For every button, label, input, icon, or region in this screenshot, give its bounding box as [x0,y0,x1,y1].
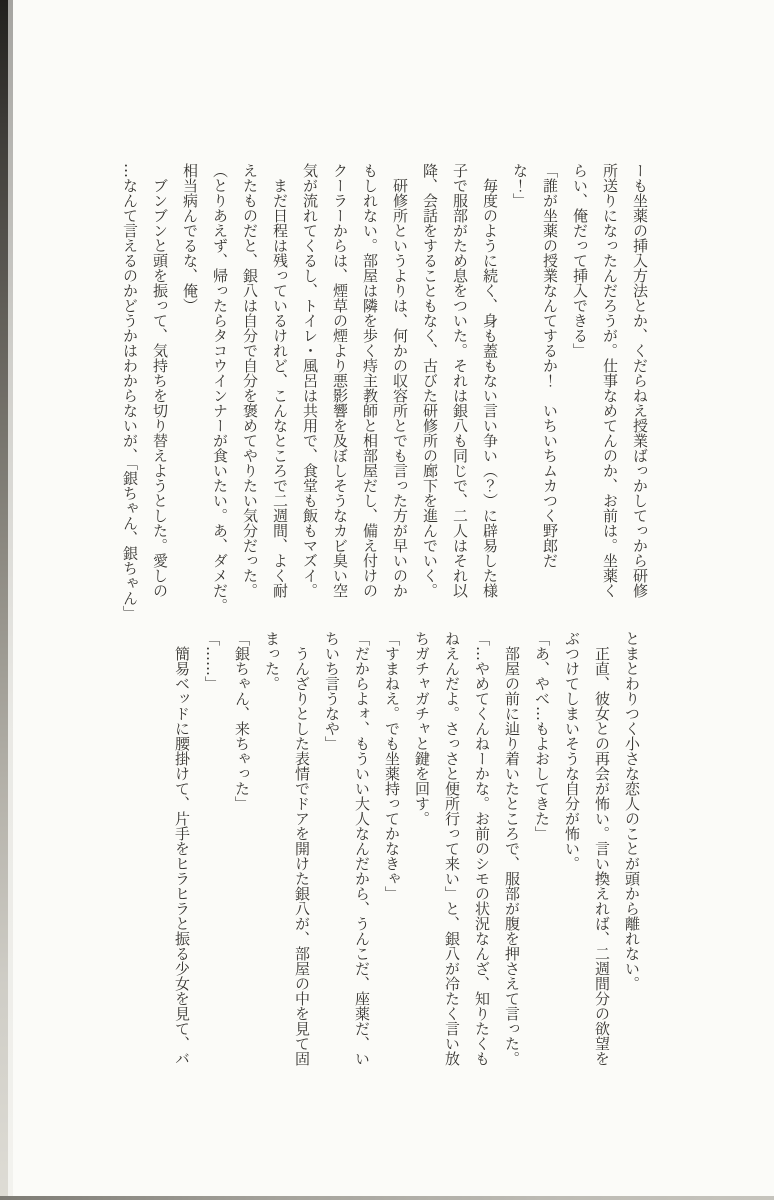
text-column: ねえんだよ。さっさと便所行って来い」と、銀八が冷たく言い放 [437,631,467,1083]
text-column: な！」 [505,163,535,615]
text-column: ぶつけてしまいそうな自分が怖い。 [557,631,587,1083]
text-column: 研修所というよりは、何かの収容所とでも言った方が早いのか [385,163,415,615]
text-column: 気が流れてくるし、トイレ・風呂は共用で、食堂も飯もマズイ。 [295,163,325,615]
text-column: ブンブンと頭を振って、気持ちを切り替えようとした。愛しの [145,163,175,615]
text-column: 降、会話をすることもなく、古びた研修所の廊下を進んでいく。 [415,163,445,615]
text-column: 正直、彼女との再会が怖い。言い換えれば、二週間分の欲望を [587,631,617,1083]
text-column: うんざりとした表情でドアを開けた銀八が、部屋の中を見て固 [287,631,317,1083]
text-column: 「誰が坐薬の授業なんてするか！ いちいちムカつく野郎だ [535,163,565,615]
scan-left-edge-shadow [0,0,8,1200]
text-column: 「すまねえ。でも坐薬持ってかなきゃ」 [377,631,407,1083]
text-column: 簡易ベッドに腰掛けて、片手をヒラヒラと振る少女を見て、バ [167,631,197,1083]
lower-text-band: とまとわりつく小さな恋人のことが頭から離れない。 正直、彼女との再会が怖い。言い… [167,631,647,1083]
text-column: まった。 [257,631,287,1083]
text-column: …なんて言えるのかどうかはわからないが、「銀ちゃん、銀ちゃん」 [115,163,145,615]
text-column: 「だからよォ、もういい大人なんだから、うんこだ、座薬だ、い [347,631,377,1083]
text-column: クーラーからは、煙草の煙より悪影響を及ぼしそうなカビ臭い空 [325,163,355,615]
text-column: 「…やめてくんねーかな。お前のシモの状況なんざ、知りたくも [467,631,497,1083]
text-column: 「銀ちゃん、来ちゃった」 [227,631,257,1083]
text-column: 子で服部がため息をついた。それは銀八も同じで、二人はそれ以 [445,163,475,615]
text-column: ーも坐薬の挿入方法とか、くだらねえ授業ばっかしてっから研修 [625,163,655,615]
upper-text-band: ーも坐薬の挿入方法とか、くだらねえ授業ばっかしてっから研修 所送りになったんだろ… [115,163,655,615]
text-column: （とりあえず、帰ったらタコウインナーが食いたい。あ、ダメだ。 [205,163,235,615]
text-column: もしれない。部屋は隣を歩く痔主教師と相部屋だし、備え付けの [355,163,385,615]
scan-left-edge-fade [8,0,13,1200]
text-column: 「……」 [197,631,227,1083]
scan-bottom-edge-shadow [0,1196,774,1200]
text-column: 相当病んでるな、俺） [175,163,205,615]
text-column: えたものだと、銀八は自分で自分を褒めてやりたい気分だった。 [235,163,265,615]
text-column: らい、俺だって挿入できる」 [565,163,595,615]
text-column: ちガチャガチャと鍵を回す。 [407,631,437,1083]
text-column: ちいち言うなや」 [317,631,347,1083]
text-column: 所送りになったんだろうが。仕事なめてんのか、お前は。坐薬く [595,163,625,615]
novel-page: ーも坐薬の挿入方法とか、くだらねえ授業ばっかしてっから研修 所送りになったんだろ… [0,0,774,1200]
text-column: まだ日程は残っているけれど、こんなところで二週間、よく耐 [265,163,295,615]
text-column: とまとわりつく小さな恋人のことが頭から離れない。 [617,631,647,1083]
text-column: 部屋の前に辿り着いたところで、服部が腹を押さえて言った。 [497,631,527,1083]
text-column: 「あ、やべ…もよおしてきた」 [527,631,557,1083]
text-column: 毎度のように続く、身も蓋もない言い争い（？）に辟易した様 [475,163,505,615]
